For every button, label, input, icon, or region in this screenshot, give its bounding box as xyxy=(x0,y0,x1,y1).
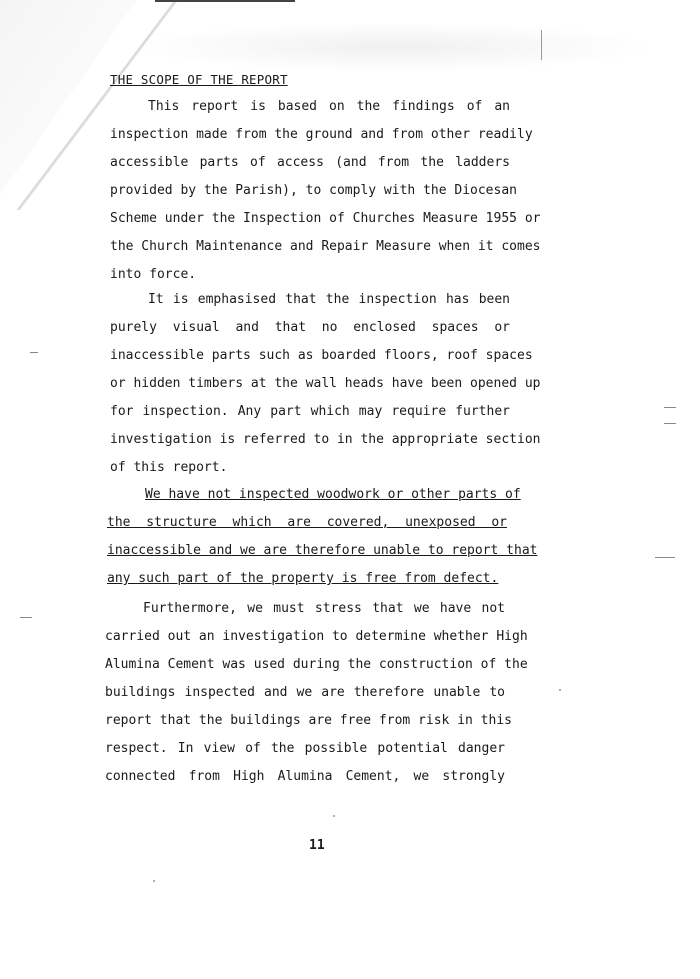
page-number: 11 xyxy=(309,838,325,853)
text-line: investigation is referred to in the appr… xyxy=(110,426,510,454)
paragraph-scope: This report is based on the findings of … xyxy=(110,93,510,289)
text-line: This report is based on the findings of … xyxy=(110,93,510,121)
text-line: provided by the Parish), to comply with … xyxy=(110,177,510,205)
text-line: respect. In view of the possible potenti… xyxy=(105,735,505,763)
text-line: Alumina Cement was used during the const… xyxy=(105,651,505,679)
text-line: inaccessible and we are therefore unable… xyxy=(107,537,507,565)
margin-mark xyxy=(664,423,676,424)
text-line: purely visual and that no enclosed space… xyxy=(110,314,510,342)
text-line: accessible parts of access (and from the… xyxy=(110,149,510,177)
margin-mark xyxy=(20,617,32,618)
text-line: buildings inspected and we are therefore… xyxy=(105,679,505,707)
text-line: It is emphasised that the inspection has… xyxy=(110,286,510,314)
text-line: into force. xyxy=(110,261,510,289)
scan-noise xyxy=(130,22,660,72)
text-line: inaccessible parts such as boarded floor… xyxy=(110,342,510,370)
document-page: THE SCOPE OF THE REPORT This report is b… xyxy=(0,0,700,979)
text-line: Furthermore, we must stress that we have… xyxy=(105,595,505,623)
scan-speck xyxy=(153,880,155,882)
section-heading: THE SCOPE OF THE REPORT xyxy=(110,72,288,87)
paragraph-high-alumina-cement: Furthermore, we must stress that we have… xyxy=(105,595,505,791)
scan-edge-mark xyxy=(155,0,295,2)
paragraph-disclaimer: We have not inspected woodwork or other … xyxy=(107,481,507,593)
text-line: for inspection. Any part which may requi… xyxy=(110,398,510,426)
scan-speck xyxy=(559,689,561,691)
text-line: report that the buildings are free from … xyxy=(105,707,505,735)
text-line: any such part of the property is free fr… xyxy=(107,565,507,593)
scan-mark xyxy=(541,30,542,60)
margin-mark xyxy=(655,557,675,558)
scan-speck xyxy=(333,815,335,817)
text-line: inspection made from the ground and from… xyxy=(110,121,510,149)
text-line: or hidden timbers at the wall heads have… xyxy=(110,370,510,398)
margin-mark xyxy=(664,407,676,408)
text-line: of this report. xyxy=(110,454,510,482)
text-line: We have not inspected woodwork or other … xyxy=(107,481,507,509)
text-line: the Church Maintenance and Repair Measur… xyxy=(110,233,510,261)
text-line: the structure which are covered, unexpos… xyxy=(107,509,507,537)
paragraph-visual-inspection: It is emphasised that the inspection has… xyxy=(110,286,510,482)
text-line: Scheme under the Inspection of Churches … xyxy=(110,205,510,233)
text-line: carried out an investigation to determin… xyxy=(105,623,505,651)
margin-mark xyxy=(30,352,38,353)
text-line: connected from High Alumina Cement, we s… xyxy=(105,763,505,791)
